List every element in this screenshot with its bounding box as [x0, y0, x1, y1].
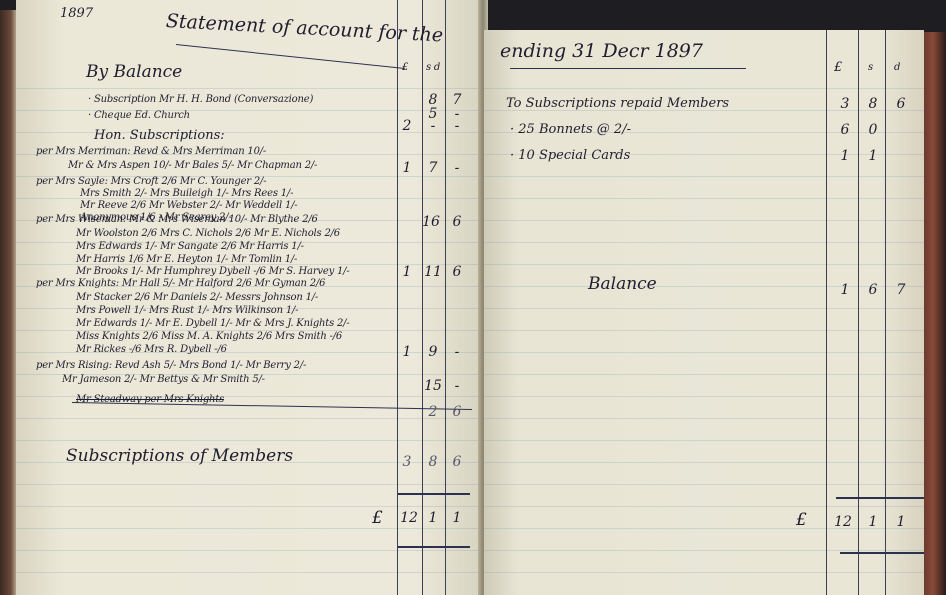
entry-line: Mr & Mrs Aspen 10/- Mr Bales 5/- Mr Chap…	[68, 160, 317, 171]
entry-hon-subscriptions: Hon. Subscriptions:	[94, 128, 225, 143]
total-pound-symbol: £	[372, 508, 383, 528]
open-ledger-book: 1897 Statement of account for the £ s d …	[0, 0, 946, 595]
entry-line: Miss Knights 2/6 Miss M. A. Knights 2/6 …	[76, 331, 342, 342]
entry-line: Mr Woolston 2/6 Mrs C. Nichols 2/6 Mr E.…	[76, 228, 340, 239]
entry-line: per Mrs Wiseman: Mr & Mrs Wiseman 10/- M…	[36, 214, 318, 225]
year-heading: 1897	[60, 6, 93, 21]
title-underline	[176, 44, 405, 69]
entry-line: Mrs Edwards 1/- Mr Sangate 2/6 Mr Harris…	[76, 241, 304, 252]
entry-line: Mr Brooks 1/- Mr Humphrey Dybell -/6 Mr …	[76, 266, 350, 277]
entry-line: Mr Reeve 2/6 Mr Webster 2/- Mr Weddell 1…	[80, 200, 297, 211]
page-title: Statement of account for the	[165, 10, 443, 46]
column-rule-pounds	[826, 30, 827, 595]
entry-bonnets: · 25 Bonnets @ 2/-	[510, 122, 631, 137]
entry-balance: Balance	[588, 274, 657, 294]
entry-line: Mrs Powell 1/- Mrs Rust 1/- Mrs Wilkinso…	[76, 305, 298, 316]
entry-subscriptions-repaid: To Subscriptions repaid Members	[506, 96, 729, 111]
column-header-shillings-pence: s d	[426, 62, 440, 73]
entry-line: Mr Rickes -/6 Mrs R. Dybell -/6	[76, 344, 227, 355]
book-cover-edge-right	[924, 32, 946, 595]
entry-line: per Mrs Sayle: Mrs Croft 2/6 Mr C. Young…	[36, 176, 266, 187]
column-rule-shillings	[858, 30, 859, 595]
column-header-pounds: £	[402, 62, 408, 73]
entry-cheque-church: · Cheque Ed. Church	[88, 110, 190, 121]
column-rule-pence	[885, 30, 886, 595]
total-pounds: 12	[832, 514, 854, 530]
entry-special-cards: · 10 Special Cards	[510, 148, 630, 163]
entry-line: Mr Stacker 2/6 Mr Daniels 2/- Messrs Joh…	[76, 292, 318, 303]
entry-line: Mr Harris 1/6 Mr E. Heyton 1/- Mr Tomlin…	[76, 254, 297, 265]
column-header-shillings: s	[868, 62, 873, 73]
column-rule-pounds	[397, 0, 398, 595]
total-rule-top	[398, 493, 470, 495]
total-pound-symbol: £	[796, 510, 807, 530]
strike-line	[72, 402, 472, 410]
entry-subscriptions-of-members: Subscriptions of Members	[66, 446, 293, 466]
total-pence: 1	[446, 510, 468, 526]
entry-by-balance: By Balance	[86, 62, 182, 82]
entry-subscription-bond: · Subscription Mr H. H. Bond (Conversazi…	[88, 94, 313, 105]
entry-line: per Mrs Knights: Mr Hall 5/- Mr Halford …	[36, 278, 325, 289]
total-pounds: 12	[398, 510, 420, 526]
total-rule-top	[836, 497, 924, 499]
total-rule-bottom	[840, 552, 924, 554]
ledger-page-left: 1897 Statement of account for the £ s d …	[16, 0, 486, 595]
total-pence: 1	[890, 514, 912, 530]
column-rule-pence	[445, 0, 446, 595]
title-underline	[510, 68, 746, 69]
total-shillings: 1	[422, 510, 444, 526]
column-header-pence: d	[894, 62, 900, 73]
page-title-continued: ending 31 Decr 1897	[500, 40, 703, 62]
total-shillings: 1	[862, 514, 884, 530]
ledger-page-right: ending 31 Decr 1897 £ s d To Subscriptio…	[484, 30, 924, 595]
entry-line: Mrs Smith 2/- Mrs Buileigh 1/- Mrs Rees …	[80, 188, 293, 199]
column-header-pounds: £	[834, 60, 842, 75]
entry-line: per Mrs Rising: Revd Ash 5/- Mrs Bond 1/…	[36, 360, 306, 371]
entry-line: Mr Edwards 1/- Mr E. Dybell 1/- Mr & Mrs…	[76, 318, 350, 329]
column-rule-shillings	[422, 0, 423, 595]
entry-line: per Mrs Merriman: Revd & Mrs Merriman 10…	[36, 146, 266, 157]
total-rule-bottom	[398, 546, 470, 548]
entry-line: Mr Jameson 2/- Mr Bettys & Mr Smith 5/-	[62, 374, 265, 385]
